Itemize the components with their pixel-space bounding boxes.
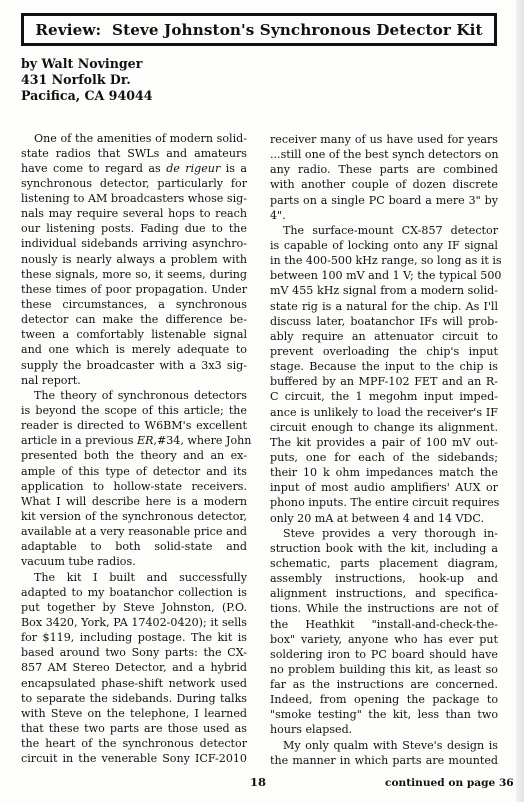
text-line: ...still one of the best synch detectors…: [270, 147, 498, 162]
page-number: 18: [250, 775, 266, 789]
author-city: Pacifica, CA 94044: [21, 88, 153, 104]
document-page: Review: Steve Johnston's Synchronous Det…: [0, 0, 524, 802]
byline: by Walt Novinger 431 Norfolk Dr. Pacific…: [21, 56, 153, 104]
text-line: article in a previous ER,#34, where John: [21, 433, 247, 448]
left-column-text: One of the amenities of modern solid-sta…: [21, 131, 247, 767]
text-line: nal report.: [21, 373, 247, 388]
text-line: synchronous detector, particularly for: [21, 176, 247, 191]
author-name: by Walt Novinger: [21, 56, 153, 72]
text-line: adaptable to both solid-state and: [21, 539, 247, 554]
text-line: our listening posts. Fading due to the: [21, 221, 247, 236]
author-street: 431 Norfolk Dr.: [21, 72, 153, 88]
text-line: nously is nearly always a problem with: [21, 252, 247, 267]
text-line: with Steve on the telephone, I learned: [21, 706, 247, 721]
text-line: far as the instructions are concerned.: [270, 677, 498, 692]
text-line: the Heathkit "install-and-check-the-: [270, 617, 498, 632]
text-line: available at a very reasonable price and: [21, 524, 247, 539]
text-line: 4".: [270, 208, 498, 223]
article-title-box: Review: Steve Johnston's Synchronous Det…: [21, 13, 497, 46]
text-line: these times of poor propagation. Under: [21, 282, 247, 297]
text-line: box" variety, anyone who has ever put: [270, 632, 498, 647]
text-line: tween a comfortably listenable signal: [21, 327, 247, 342]
text-line: parts on a single PC board a mere 3" by: [270, 193, 498, 208]
text-line: encapsulated phase-shift network used: [21, 676, 247, 691]
text-line: Box 3420, York, PA 17402-0420); it sells: [21, 615, 247, 630]
text-line: supply the broadcaster with a 3x3 sig-: [21, 358, 247, 373]
text-line: listening to AM broadcasters whose sig-: [21, 191, 247, 206]
text-line: kit version of the synchronous detector,: [21, 509, 247, 524]
text-line: no problem building this kit, as least s…: [270, 662, 498, 677]
text-line: Steve provides a very thorough in-: [270, 526, 498, 541]
text-line: circuit enough to change its alignment.: [270, 420, 498, 435]
text-line: between 100 mV and 1 V; the typical 500: [270, 268, 498, 283]
text-line: to separate the sidebands. During talks: [21, 691, 247, 706]
text-line: any radio. These parts are combined: [270, 162, 498, 177]
article-title: Review: Steve Johnston's Synchronous Det…: [35, 21, 482, 39]
text-line: is beyond the scope of this article; the: [21, 403, 247, 418]
text-line: nals may require several hops to reach: [21, 206, 247, 221]
text-line: these circumstances, a synchronous: [21, 297, 247, 312]
text-line: and one which is merely adequate to: [21, 342, 247, 357]
text-line: only 20 mA at between 4 and 14 VDC.: [270, 511, 498, 526]
text-line: alignment instructions, and specifica-: [270, 586, 498, 601]
page-edge-shadow: [516, 0, 524, 802]
text-line: mV 455 kHz signal from a modern solid-: [270, 283, 498, 298]
text-line: circuit in the venerable Sony ICF-2010: [21, 751, 247, 766]
right-column-text: receiver many of us have used for years.…: [270, 132, 498, 768]
text-line: 857 AM Stereo Detector, and a hybrid: [21, 660, 247, 675]
text-line: these signals, more so, it seems, during: [21, 267, 247, 282]
text-line: The kit I built and successfully: [21, 570, 247, 585]
text-line: The kit provides a pair of 100 mV out-: [270, 435, 498, 450]
italic-text: de rigeur: [166, 162, 220, 175]
text-line: individual sidebands arriving asynchro-: [21, 236, 247, 251]
text-line: with another couple of dozen discrete: [270, 177, 498, 192]
text-line: adapted to my boatanchor collection is: [21, 585, 247, 600]
text-line: puts, one for each of the sidebands;: [270, 450, 498, 465]
text-line: soldering iron to PC board should have: [270, 647, 498, 662]
text-line: The surface-mount CX-857 detector: [270, 223, 498, 238]
text-line: the manner in which parts are mounted: [270, 753, 498, 768]
text-line: application to hollow-state receivers.: [21, 479, 247, 494]
text-line: The theory of synchronous detectors: [21, 388, 247, 403]
text-line: stage. Because the input to the chip is: [270, 359, 498, 374]
text-line: receiver many of us have used for years: [270, 132, 498, 147]
text-line: hours elapsed.: [270, 722, 498, 737]
text-line: in the 400-500 kHz range, so long as it …: [270, 253, 498, 268]
text-line: tions. While the instructions are not of: [270, 601, 498, 616]
text-line: discuss later, boatanchor IFs will prob-: [270, 314, 498, 329]
text-line: struction book with the kit, including a: [270, 541, 498, 556]
text-line: input of most audio amplifiers' AUX or: [270, 480, 498, 495]
italic-text: ER: [137, 434, 153, 447]
text-line: their 10 k ohm impedances match the: [270, 465, 498, 480]
text-line: ance is unlikely to load the receiver's …: [270, 405, 498, 420]
text-line: reader is directed to W6BM's excellent: [21, 418, 247, 433]
text-line: My only qualm with Steve's design is: [270, 738, 498, 753]
text-line: based around two Sony parts: the CX-: [21, 645, 247, 660]
text-line: prevent overloading the chip's input: [270, 344, 498, 359]
text-line: is capable of locking onto any IF signal: [270, 238, 498, 253]
text-line: presented both the theory and an ex-: [21, 448, 247, 463]
text-line: the heart of the synchronous detector: [21, 736, 247, 751]
text-line: state rig is a natural for the chip. As …: [270, 299, 498, 314]
text-line: phono inputs. The entire circuit require…: [270, 495, 498, 510]
text-line: buffered by an MPF-102 FET and an R-: [270, 374, 498, 389]
text-line: C circuit, the 1 megohm input imped-: [270, 389, 498, 404]
text-line: "smoke testing" the kit, less than two: [270, 707, 498, 722]
text-line: have come to regard as de rigeur is a: [21, 161, 247, 176]
text-line: for $119, including postage. The kit is: [21, 630, 247, 645]
text-line: detector can make the difference be-: [21, 312, 247, 327]
text-line: Indeed, from opening the package to: [270, 692, 498, 707]
text-line: One of the amenities of modern solid-: [21, 131, 247, 146]
text-line: put together by Steve Johnston, (P.O.: [21, 600, 247, 615]
text-line: ably require an attenuator circuit to: [270, 329, 498, 344]
text-line: assembly instructions, hook-up and: [270, 571, 498, 586]
continued-note: continued on page 36: [385, 777, 514, 789]
text-line: schematic, parts placement diagram,: [270, 556, 498, 571]
text-line: What I will describe here is a modern: [21, 494, 247, 509]
text-line: that these two parts are those used as: [21, 721, 247, 736]
text-line: ample of this type of detector and its: [21, 464, 247, 479]
text-line: vacuum tube radios.: [21, 554, 247, 569]
text-line: state radios that SWLs and amateurs: [21, 146, 247, 161]
